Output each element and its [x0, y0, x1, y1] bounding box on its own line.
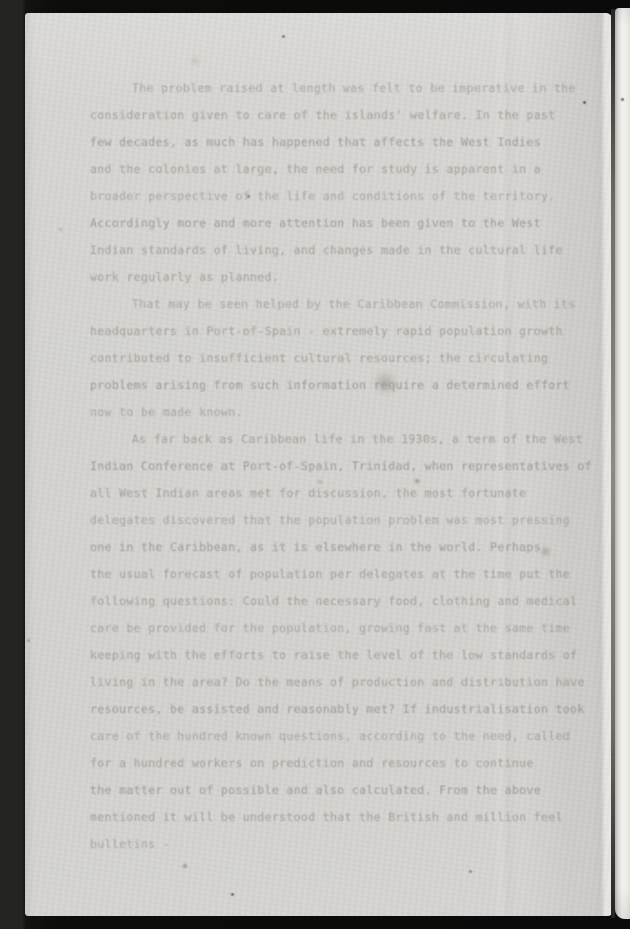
typewritten-line: resources, be assisted and reasonably me…: [90, 696, 562, 723]
typewritten-line: Indian standards of living, and changes …: [90, 237, 562, 264]
typewritten-line: delegates discovered that the population…: [90, 507, 562, 534]
typewritten-line: The problem raised at length was felt to…: [90, 75, 562, 102]
typewritten-line: bulletins -: [90, 831, 562, 858]
typewritten-line: living in the area? Do the means of prod…: [90, 669, 562, 696]
typewritten-line: for a hundred workers on prediction and …: [90, 750, 562, 777]
typewritten-line: now to be made known.: [90, 399, 562, 426]
typewritten-line: the usual forecast of population per del…: [90, 561, 562, 588]
typewritten-line: problems arising from such information r…: [90, 372, 562, 399]
typewritten-line: consideration given to care of the islan…: [90, 102, 562, 129]
typewritten-line: As far back as Caribbean life in the 193…: [90, 426, 562, 453]
typewritten-line: mentioned it will be understood that the…: [90, 804, 562, 831]
typewritten-line: headquarters in Port-of-Spain - extremel…: [90, 318, 562, 345]
scanner-background: The problem raised at length was felt to…: [0, 0, 630, 929]
typewritten-line: care be provided for the population, gro…: [90, 615, 562, 642]
typewritten-line: one in the Caribbean, as it is elsewhere…: [90, 534, 562, 561]
typewritten-line: all West Indian areas met for discussion…: [90, 480, 562, 507]
typewritten-line: contributed to insufficient cultural res…: [90, 345, 562, 372]
typewritten-line: broader perspective of the life and cond…: [90, 183, 562, 210]
typewritten-line: Accordingly more and more attention has …: [90, 210, 562, 237]
scanned-page: The problem raised at length was felt to…: [25, 13, 612, 916]
typewritten-line: work regularly as planned.: [90, 264, 562, 291]
typewritten-line: and the colonies at large, the need for …: [90, 156, 562, 183]
typewritten-text-block: The problem raised at length was felt to…: [90, 75, 562, 858]
typewritten-line: following questions: Could the necessary…: [90, 588, 562, 615]
typewritten-line: Indian Conference at Port-of-Spain, Trin…: [90, 453, 562, 480]
typewritten-line: few decades, as much has happened that a…: [90, 129, 562, 156]
typewritten-line: keeping with the efforts to raise the le…: [90, 642, 562, 669]
typewritten-line: care of the hundred known questions, acc…: [90, 723, 562, 750]
typewritten-line: That may be seen helped by the Caribbean…: [90, 291, 562, 318]
typewritten-line: the matter out of possible and also calc…: [90, 777, 562, 804]
adjacent-page-edge: [615, 8, 630, 919]
